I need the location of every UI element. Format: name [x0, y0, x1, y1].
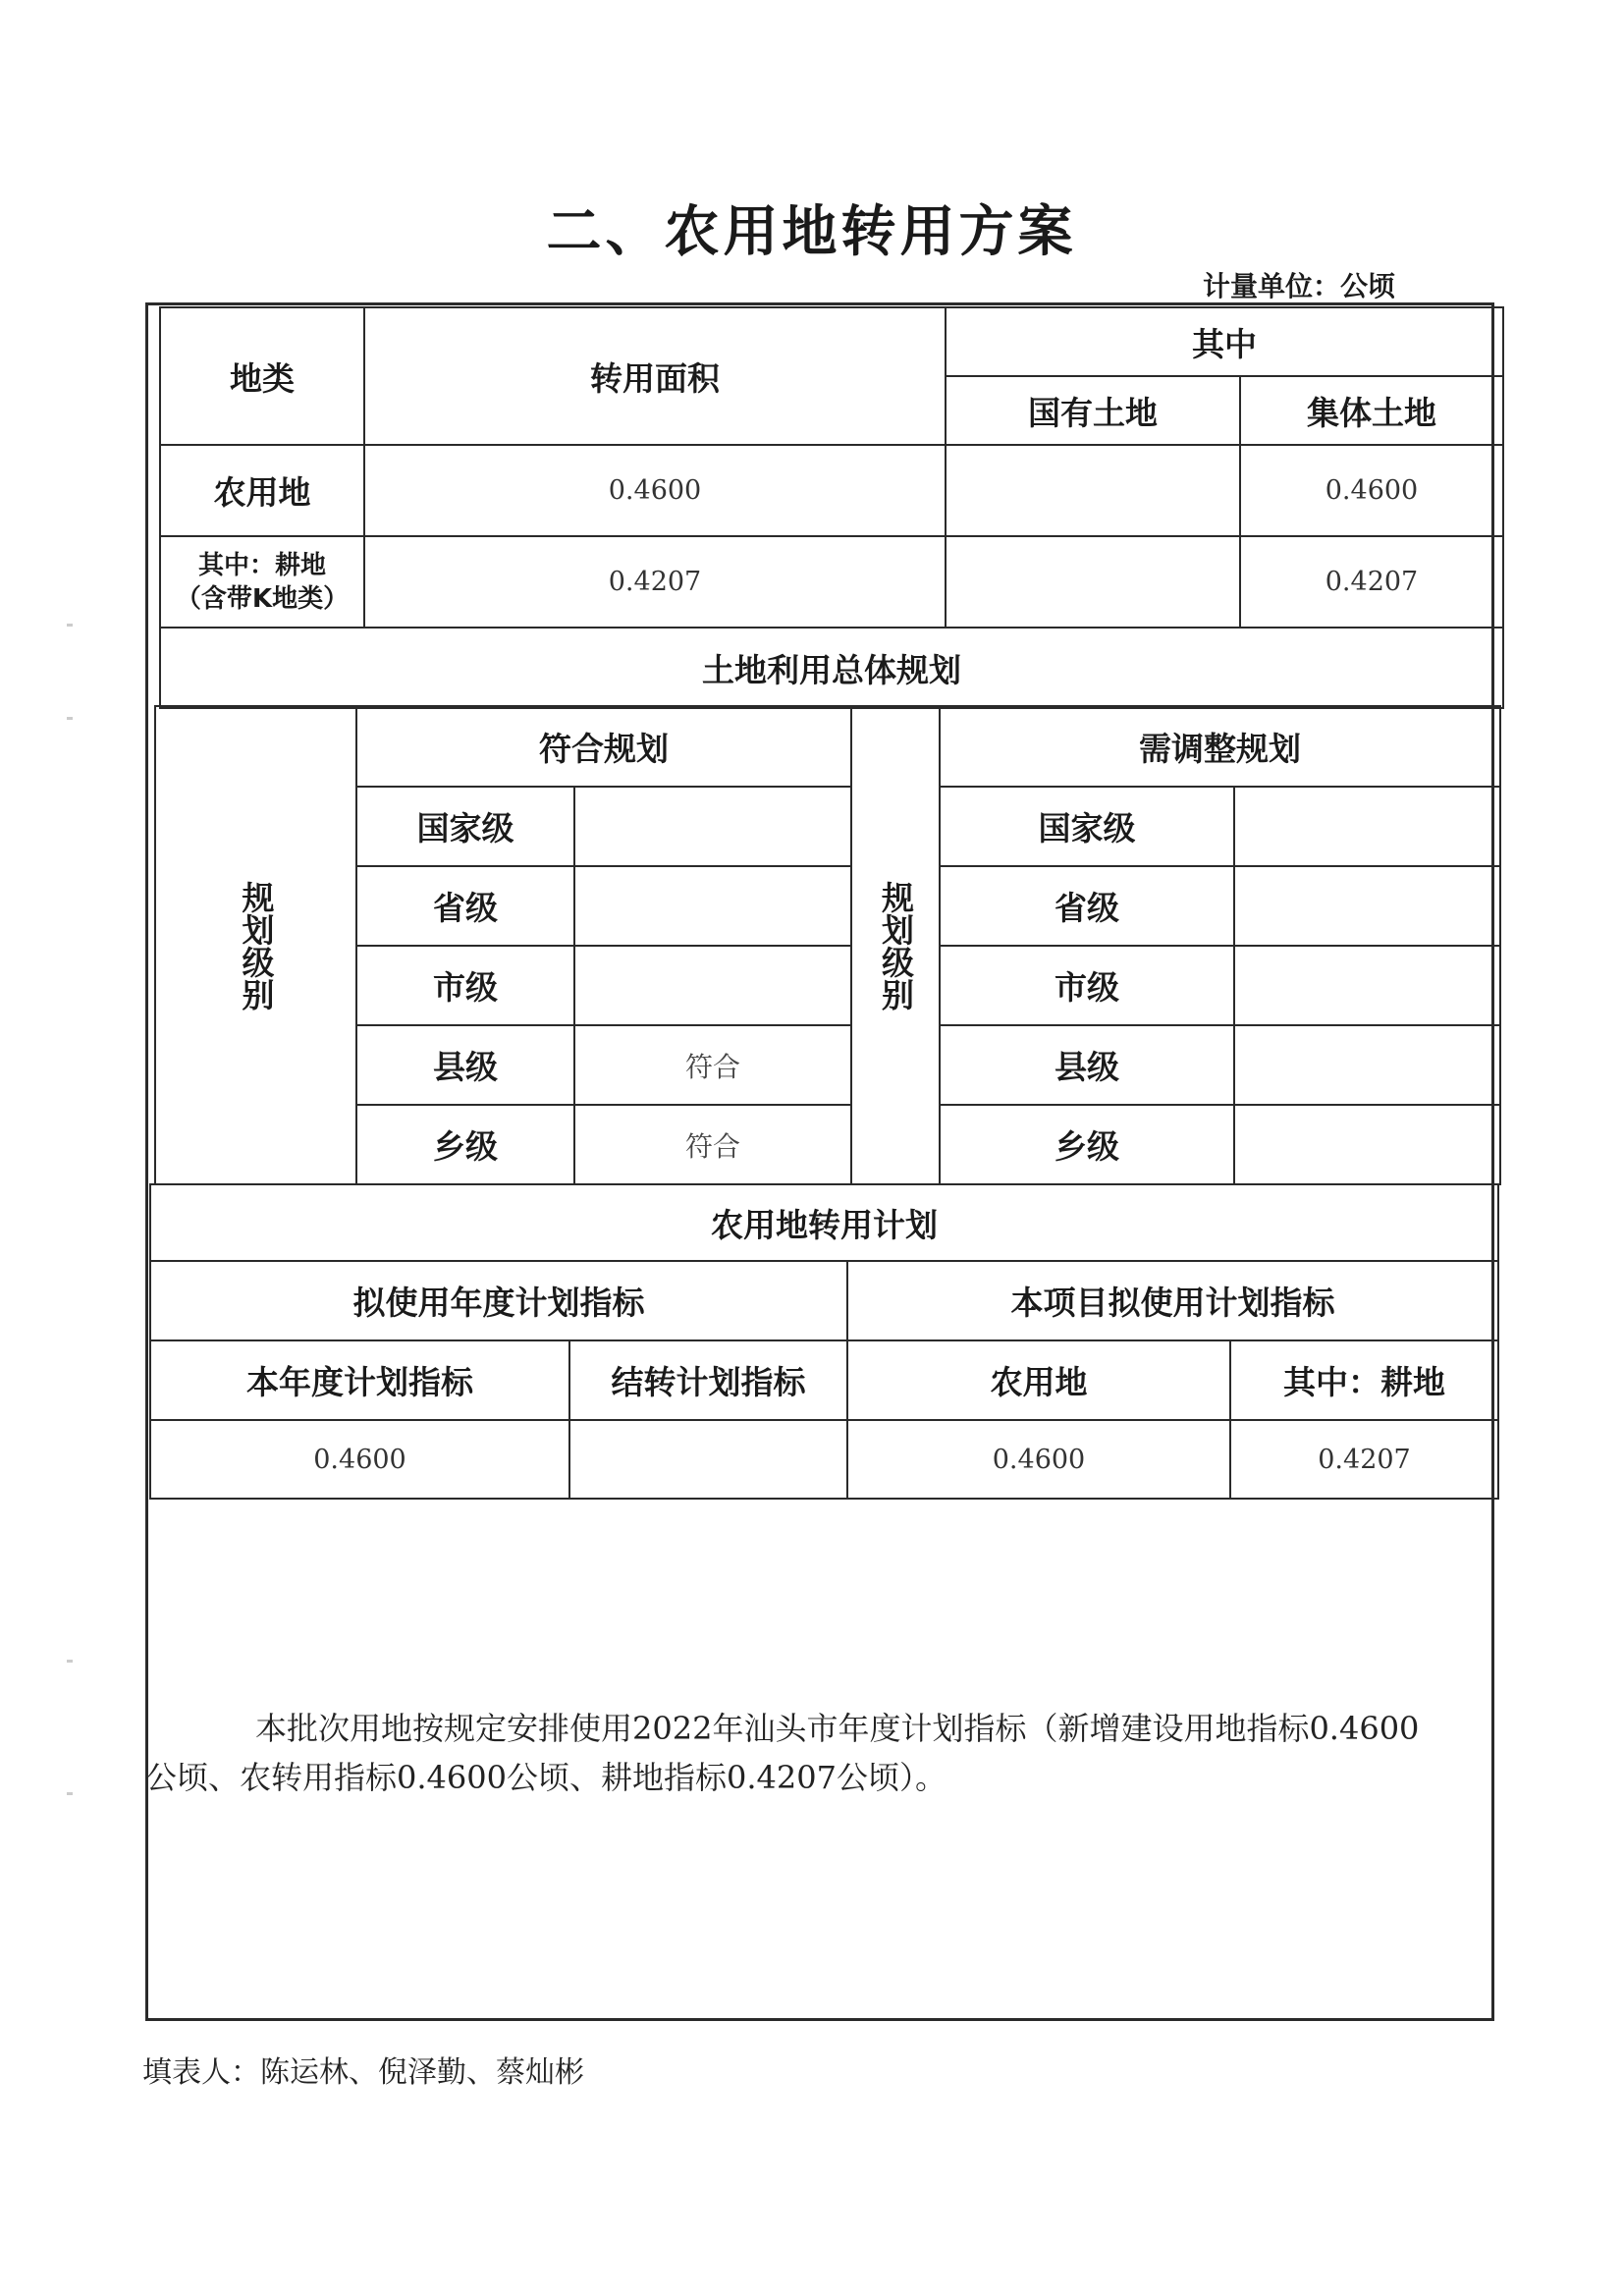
plan-value: 0.4207: [1230, 1420, 1498, 1499]
area-value: 0.4207: [364, 536, 946, 628]
table-row: 乡级 符合 乡级: [155, 1105, 1500, 1184]
state-value: [946, 536, 1240, 628]
plan-table: 农用地转用计划 拟使用年度计划指标 本项目拟使用计划指标 本年度计划指标 结转计…: [149, 1183, 1499, 1500]
row-label: 农用地: [160, 445, 364, 536]
adjust-level: 县级: [940, 1025, 1234, 1105]
conform-value: [574, 787, 851, 866]
table-row: 市级 市级: [155, 946, 1500, 1025]
conform-level: 市级: [356, 946, 574, 1025]
table-row: 其中：耕地 （含带K地类） 0.4207 0.4207: [160, 536, 1503, 628]
adjust-value: [1234, 1025, 1500, 1105]
plan-group-project: 本项目拟使用计划指标: [847, 1261, 1498, 1340]
conform-value: 符合: [574, 1025, 851, 1105]
scan-mark: [67, 1660, 73, 1663]
header-area: 转用面积: [364, 307, 946, 445]
table-row: 国家级 国家级: [155, 787, 1500, 866]
page-title: 二、农用地转用方案: [0, 189, 1623, 267]
collective-value: 0.4600: [1240, 445, 1503, 536]
adjust-value: [1234, 866, 1500, 946]
plan-value: 0.4600: [150, 1420, 569, 1499]
note-paragraph: 本批次用地按规定安排使用2022年汕头市年度计划指标（新增建设用地指标0.460…: [145, 1704, 1441, 1802]
header-state-land: 国有土地: [946, 376, 1240, 445]
table-row: 农用地 0.4600 0.4600: [160, 445, 1503, 536]
header-collective-land: 集体土地: [1240, 376, 1503, 445]
conform-level: 县级: [356, 1025, 574, 1105]
adjust-title: 需调整规划: [940, 706, 1500, 787]
plan-value: 0.4600: [847, 1420, 1230, 1499]
header-land-type: 地类: [160, 307, 364, 445]
conform-level: 省级: [356, 866, 574, 946]
planning-level-label-right: 规划级别: [851, 706, 940, 1184]
collective-value: 0.4207: [1240, 536, 1503, 628]
scan-mark: [67, 624, 73, 627]
plan-col: 农用地: [847, 1340, 1230, 1420]
table-row: 0.4600 0.4600 0.4207: [150, 1420, 1498, 1499]
section-planning-title: 土地利用总体规划: [160, 628, 1503, 708]
planning-level-label-left: 规划级别: [155, 706, 356, 1184]
form-filler: 填表人：陈运林、倪泽勤、蔡灿彬: [142, 2048, 584, 2091]
adjust-value: [1234, 946, 1500, 1025]
adjust-level: 国家级: [940, 787, 1234, 866]
plan-col: 本年度计划指标: [150, 1340, 569, 1420]
header-of-which: 其中: [946, 307, 1503, 376]
unit-label: 计量单位：公顷: [1203, 265, 1395, 304]
conform-value: 符合: [574, 1105, 851, 1184]
scan-mark: [67, 1792, 73, 1795]
plan-col: 结转计划指标: [569, 1340, 847, 1420]
area-value: 0.4600: [364, 445, 946, 536]
table-row: 县级 符合 县级: [155, 1025, 1500, 1105]
table-row: 省级 省级: [155, 866, 1500, 946]
conversion-table: 地类 转用面积 其中 国有土地 集体土地 农用地 0.4600 0.4600 其…: [159, 306, 1504, 709]
row-label: 其中：耕地 （含带K地类）: [160, 536, 364, 628]
conform-value: [574, 866, 851, 946]
plan-group-annual: 拟使用年度计划指标: [150, 1261, 847, 1340]
adjust-value: [1234, 1105, 1500, 1184]
adjust-level: 乡级: [940, 1105, 1234, 1184]
conform-title: 符合规划: [356, 706, 851, 787]
scan-mark: [67, 717, 73, 720]
conform-level: 乡级: [356, 1105, 574, 1184]
state-value: [946, 445, 1240, 536]
adjust-level: 市级: [940, 946, 1234, 1025]
row-label-line2: （含带K地类）: [161, 582, 363, 616]
section-plan-title: 农用地转用计划: [150, 1184, 1498, 1261]
adjust-level: 省级: [940, 866, 1234, 946]
planning-table: 规划级别 符合规划 规划级别 需调整规划 国家级 国家级 省级 省级 市级 市级…: [154, 705, 1501, 1185]
plan-value: [569, 1420, 847, 1499]
row-label-line1: 其中：耕地: [161, 549, 363, 582]
conform-value: [574, 946, 851, 1025]
conform-level: 国家级: [356, 787, 574, 866]
plan-col: 其中：耕地: [1230, 1340, 1498, 1420]
adjust-value: [1234, 787, 1500, 866]
